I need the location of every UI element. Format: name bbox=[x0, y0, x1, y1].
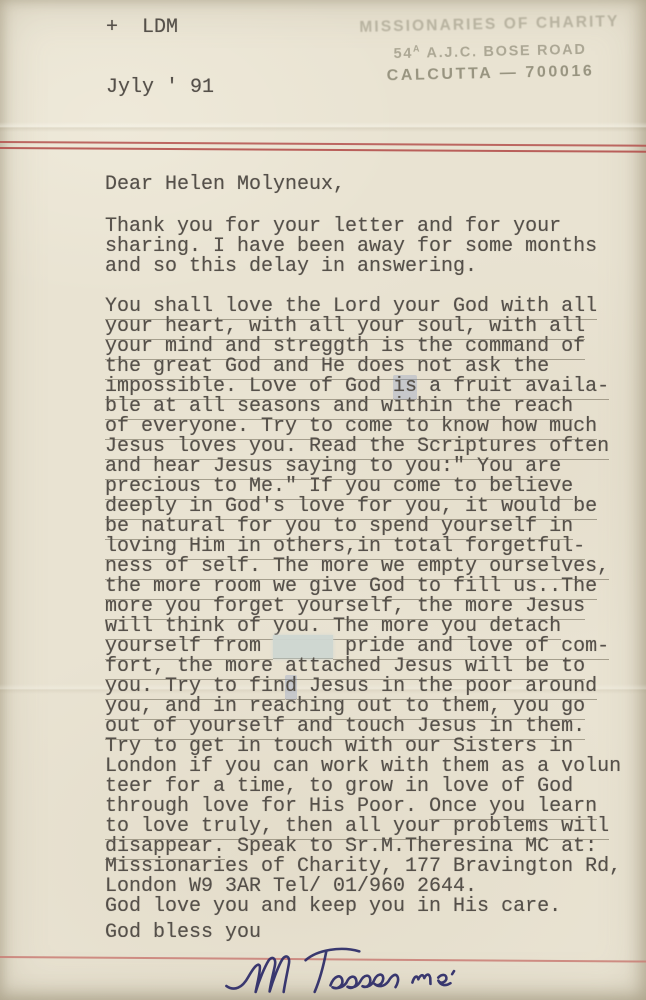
letter-line: out of yourself and touch Jesus in them. bbox=[105, 717, 621, 737]
letterhead-monogram: + LDM bbox=[106, 18, 178, 38]
letter-line: you. Try to find Jesus in the poor aroun… bbox=[105, 677, 621, 697]
letter-line: disappear. Speak to Sr.M.Theresina MC at… bbox=[105, 837, 621, 857]
stamp-city-postcode: CALCUTTA — 700016 bbox=[340, 62, 640, 87]
letter-line: yourself from pride and love of com- bbox=[105, 637, 621, 657]
address-stamp: MISSIONARIES OF CHARITY 54A A.J.C. BOSE … bbox=[339, 13, 640, 87]
letter-line: to love truly, then all your problems wi… bbox=[105, 817, 621, 837]
letter-line: teer for a time, to grow in love of God bbox=[105, 777, 621, 797]
signature-handwriting bbox=[224, 944, 459, 1000]
letter-line: Try to get in touch with our Sisters in bbox=[105, 737, 621, 757]
letter-line: be natural for you to spend yourself in bbox=[105, 517, 621, 537]
closing-blessing: God bless you bbox=[105, 923, 261, 943]
letter-line: loving Him in others,in total forgetful- bbox=[105, 537, 621, 557]
letter-line: London if you can work with them as a vo… bbox=[105, 757, 621, 777]
letter-body: You shall love the Lord your God with al… bbox=[105, 297, 621, 917]
letter-line: the more room we give God to fill us..Th… bbox=[105, 577, 621, 597]
letter-line: Thank you for your letter and for your bbox=[105, 217, 597, 237]
red-rule-line bbox=[0, 147, 646, 153]
stamp-org-name: MISSIONARIES OF CHARITY bbox=[339, 13, 639, 38]
letter-line: will think of you. The more you detach bbox=[105, 617, 621, 637]
letter-line: precious to Me." If you come to believe bbox=[105, 477, 621, 497]
letter-line: ble at all seasons and within the reach bbox=[105, 397, 621, 417]
letter-line: through love for His Poor. Once you lear… bbox=[105, 797, 621, 817]
letter-line: the great God and He does not ask the bbox=[105, 357, 621, 377]
letter-date: Jyly ' 91 bbox=[106, 78, 214, 98]
letterhead-double-rule bbox=[0, 141, 646, 153]
letter-line: and hear Jesus saying to you:" You are bbox=[105, 457, 621, 477]
red-rule-line bbox=[0, 141, 646, 147]
letter-line: sharing. I have been away for some month… bbox=[105, 237, 597, 257]
letter-line: and so this delay in answering. bbox=[105, 257, 597, 277]
letter-line: God love you and keep you in His care. bbox=[105, 897, 621, 917]
letter-line: Missionaries of Charity, 177 Bravington … bbox=[105, 857, 621, 877]
letter-page: + LDM Jyly ' 91 MISSIONARIES OF CHARITY … bbox=[0, 0, 646, 1000]
letter-line: more you forget yourself, the more Jesus bbox=[105, 597, 621, 617]
letter-line: impossible. Love of God is a fruit avail… bbox=[105, 377, 621, 397]
letter-line: London W9 3AR Tel/ 01/960 2644. bbox=[105, 877, 621, 897]
letter-line: Jesus loves you. Read the Scriptures oft… bbox=[105, 437, 621, 457]
stamp-street-name: A.J.C. BOSE ROAD bbox=[421, 42, 587, 62]
letter-line: You shall love the Lord your God with al… bbox=[105, 297, 621, 317]
letter-line: fort, the more attached Jesus will be to bbox=[105, 657, 621, 677]
opening-paragraph: Thank you for your letter and for yoursh… bbox=[105, 217, 597, 277]
paper-crease bbox=[0, 122, 646, 132]
stamp-street-number: 54 bbox=[393, 46, 413, 62]
signature-block: M Teresa mc bbox=[224, 944, 459, 1000]
stamp-street-address: 54A A.J.C. BOSE ROAD bbox=[340, 39, 640, 64]
letter-line: your heart, with all your soul, with all bbox=[105, 317, 621, 337]
salutation: Dear Helen Molyneux, bbox=[105, 175, 345, 195]
letter-line: you, and in reaching out to them, you go bbox=[105, 697, 621, 717]
letter-line: your mind and streggth is the command of bbox=[105, 337, 621, 357]
letter-line: deeply in God's love for you, it would b… bbox=[105, 497, 621, 517]
letter-line: ness of self. The more we empty ourselve… bbox=[105, 557, 621, 577]
letter-line: of everyone. Try to come to know how muc… bbox=[105, 417, 621, 437]
